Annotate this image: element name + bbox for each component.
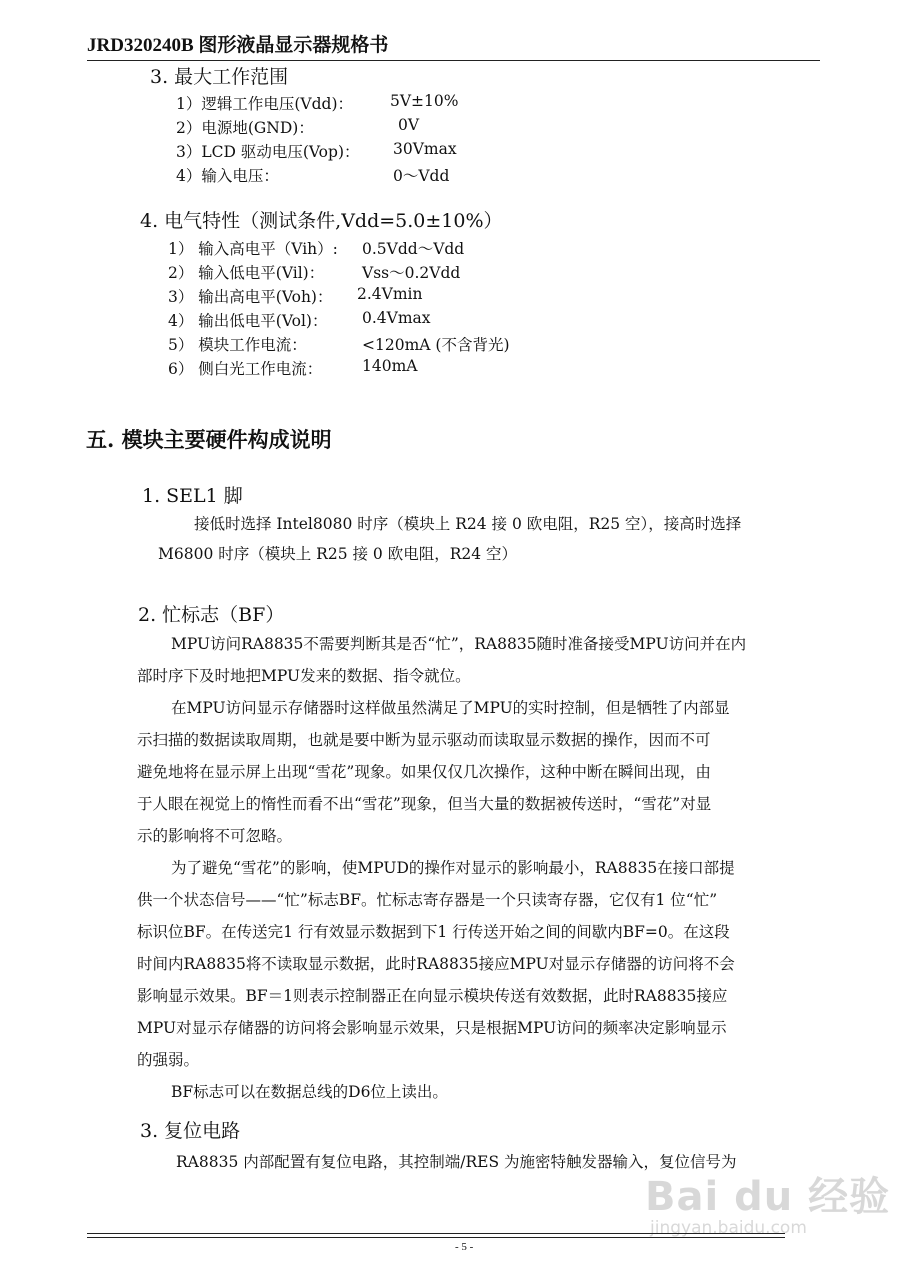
- paragraph-line: M6800 时序（模块上 R25 接 0 欧电阻，R24 空）: [158, 542, 517, 564]
- item-value: <120mA (不含背光): [362, 333, 510, 355]
- paragraph-line: MPU访问RA8835不需要判断其是否“忙”，RA8835随时准备接受MPU访问…: [137, 628, 820, 660]
- footer-rule-top: [87, 1233, 785, 1234]
- list-item: 3）LCD 驱动电压(Vop)： 30Vmax: [176, 140, 360, 162]
- bf-paragraphs: MPU访问RA8835不需要判断其是否“忙”，RA8835随时准备接受MPU访问…: [137, 628, 820, 1108]
- chapter-5-title: 五. 模块主要硬件构成说明: [86, 424, 332, 454]
- list-item: 3） 输出高电平(Voh)： 2.4Vmin: [168, 285, 332, 307]
- watermark-brand: Bai du 经验: [645, 1174, 890, 1220]
- list-item: 4） 输出低电平(Vol)： 0.4Vmax: [168, 309, 327, 331]
- list-item: 2） 输入低电平(Vil)： Vss～0.2Vdd: [168, 261, 324, 283]
- sel1-title: 1. SEL1 脚: [142, 481, 243, 508]
- list-item: 1）逻辑工作电压(Vdd)： 5V±10%: [176, 92, 353, 114]
- footer-rule-bottom: [87, 1237, 785, 1238]
- baidu-watermark: Bai du 经验 jingyan.baidu.com: [645, 1165, 890, 1238]
- item-value: 5V±10%: [390, 92, 459, 110]
- paragraph-line: MPU对显示存储器的访问将会影响显示效果，只是根据MPU访问的频率决定影响显示: [137, 1012, 820, 1044]
- watermark-url: jingyan.baidu.com: [650, 1218, 890, 1238]
- item-label: 2） 输入低电平(Vil)：: [168, 264, 324, 282]
- item-value: 0.4Vmax: [362, 309, 431, 327]
- item-label: 5） 模块工作电流：: [168, 336, 307, 354]
- item-value: Vss～0.2Vdd: [362, 261, 460, 283]
- bf-title: 2. 忙标志（BF）: [138, 600, 284, 627]
- list-item: 5） 模块工作电流： <120mA (不含背光): [168, 333, 307, 355]
- section-4-title: 4. 电气特性（测试条件,Vdd=5.0±10%）: [140, 206, 503, 233]
- paragraph-line: BF标志可以在数据总线的D6位上读出。: [137, 1076, 820, 1108]
- item-label: 1）逻辑工作电压(Vdd)：: [176, 95, 353, 113]
- paragraph-line: 影响显示效果。BF＝1则表示控制器正在向显示模块传送有效数据，此时RA8835接…: [137, 980, 820, 1012]
- paragraph-line: 在MPU访问显示存储器时这样做虽然满足了MPU的实时控制，但是牺牲了内部显: [137, 692, 820, 724]
- item-value: 0V: [398, 116, 419, 134]
- paragraph-line: 避免地将在显示屏上出现“雪花”现象。如果仅仅几次操作，这种中断在瞬间出现，由: [137, 756, 820, 788]
- paragraph-line: 接低时选择 Intel8080 时序（模块上 R24 接 0 欧电阻，R25 空…: [194, 512, 741, 534]
- item-label: 6） 侧白光工作电流：: [168, 360, 322, 378]
- reset-title: 3. 复位电路: [140, 1116, 240, 1143]
- item-label: 4）输入电压：: [176, 167, 279, 185]
- paragraph-line: 为了避免“雪花”的影响，使MPUD的操作对显示的影响最小，RA8835在接口部提: [137, 852, 820, 884]
- item-value: 2.4Vmin: [357, 285, 422, 303]
- item-label: 2）电源地(GND)：: [176, 119, 314, 137]
- list-item: 6） 侧白光工作电流： 140mA: [168, 357, 322, 379]
- item-label: 4） 输出低电平(Vol)：: [168, 312, 327, 330]
- list-item: 2）电源地(GND)： 0V: [176, 116, 314, 138]
- list-item: 4）输入电压： 0～Vdd: [176, 164, 279, 186]
- item-value: 140mA: [362, 357, 417, 375]
- document-header: JRD320240B 图形液晶显示器规格书: [87, 34, 820, 61]
- paragraph-line: 供一个状态信号——“忙”标志BF。忙标志寄存器是一个只读寄存器，它仅有1 位“忙…: [137, 884, 820, 916]
- section-3-title: 3. 最大工作范围: [150, 62, 288, 89]
- item-value: 30Vmax: [393, 140, 457, 158]
- paragraph-line: 标识位BF。在传送完1 行有效显示数据到下1 行传送开始之间的间歇内BF=0。在…: [137, 916, 820, 948]
- item-value: 0.5Vdd～Vdd: [362, 237, 464, 259]
- paragraph-line: 示扫描的数据读取周期，也就是要中断为显示驱动而读取显示数据的操作，因而不可: [137, 724, 820, 756]
- page-number: - 5 -: [455, 1241, 473, 1253]
- item-label: 1） 输入高电平（Vih）:: [168, 240, 338, 258]
- item-value: 0～Vdd: [393, 164, 449, 186]
- paragraph-line: 示的影响将不可忽略。: [137, 820, 820, 852]
- item-label: 3） 输出高电平(Voh)：: [168, 288, 332, 306]
- list-item: 1） 输入高电平（Vih）: 0.5Vdd～Vdd: [168, 237, 338, 259]
- paragraph-line: 时间内RA8835将不读取显示数据，此时RA8835接应MPU对显示存储器的访问…: [137, 948, 820, 980]
- paragraph-line: 的强弱。: [137, 1044, 820, 1076]
- paragraph-line: 于人眼在视觉上的惰性而看不出“雪花”现象，但当大量的数据被传送时，“雪花”对显: [137, 788, 820, 820]
- paragraph-line: 部时序下及时地把MPU发来的数据、指令就位。: [137, 660, 820, 692]
- item-label: 3）LCD 驱动电压(Vop)：: [176, 143, 360, 161]
